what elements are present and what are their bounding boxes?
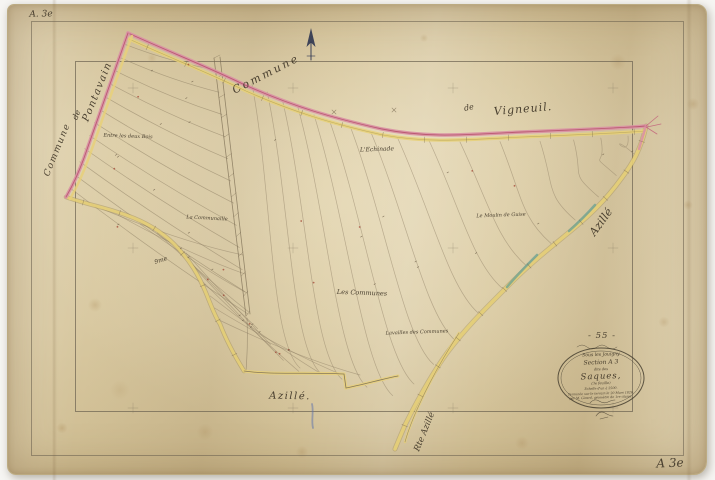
cadastral-map-sheet: Commune de Vigneuil. Commune de Pontavai… [0, 0, 715, 480]
parcel-strip-lines [70, 44, 634, 396]
map-linework [0, 0, 715, 480]
cartouche-oval [558, 345, 644, 419]
north-arrow-icon [307, 28, 316, 60]
map-frame-lines [32, 22, 684, 456]
